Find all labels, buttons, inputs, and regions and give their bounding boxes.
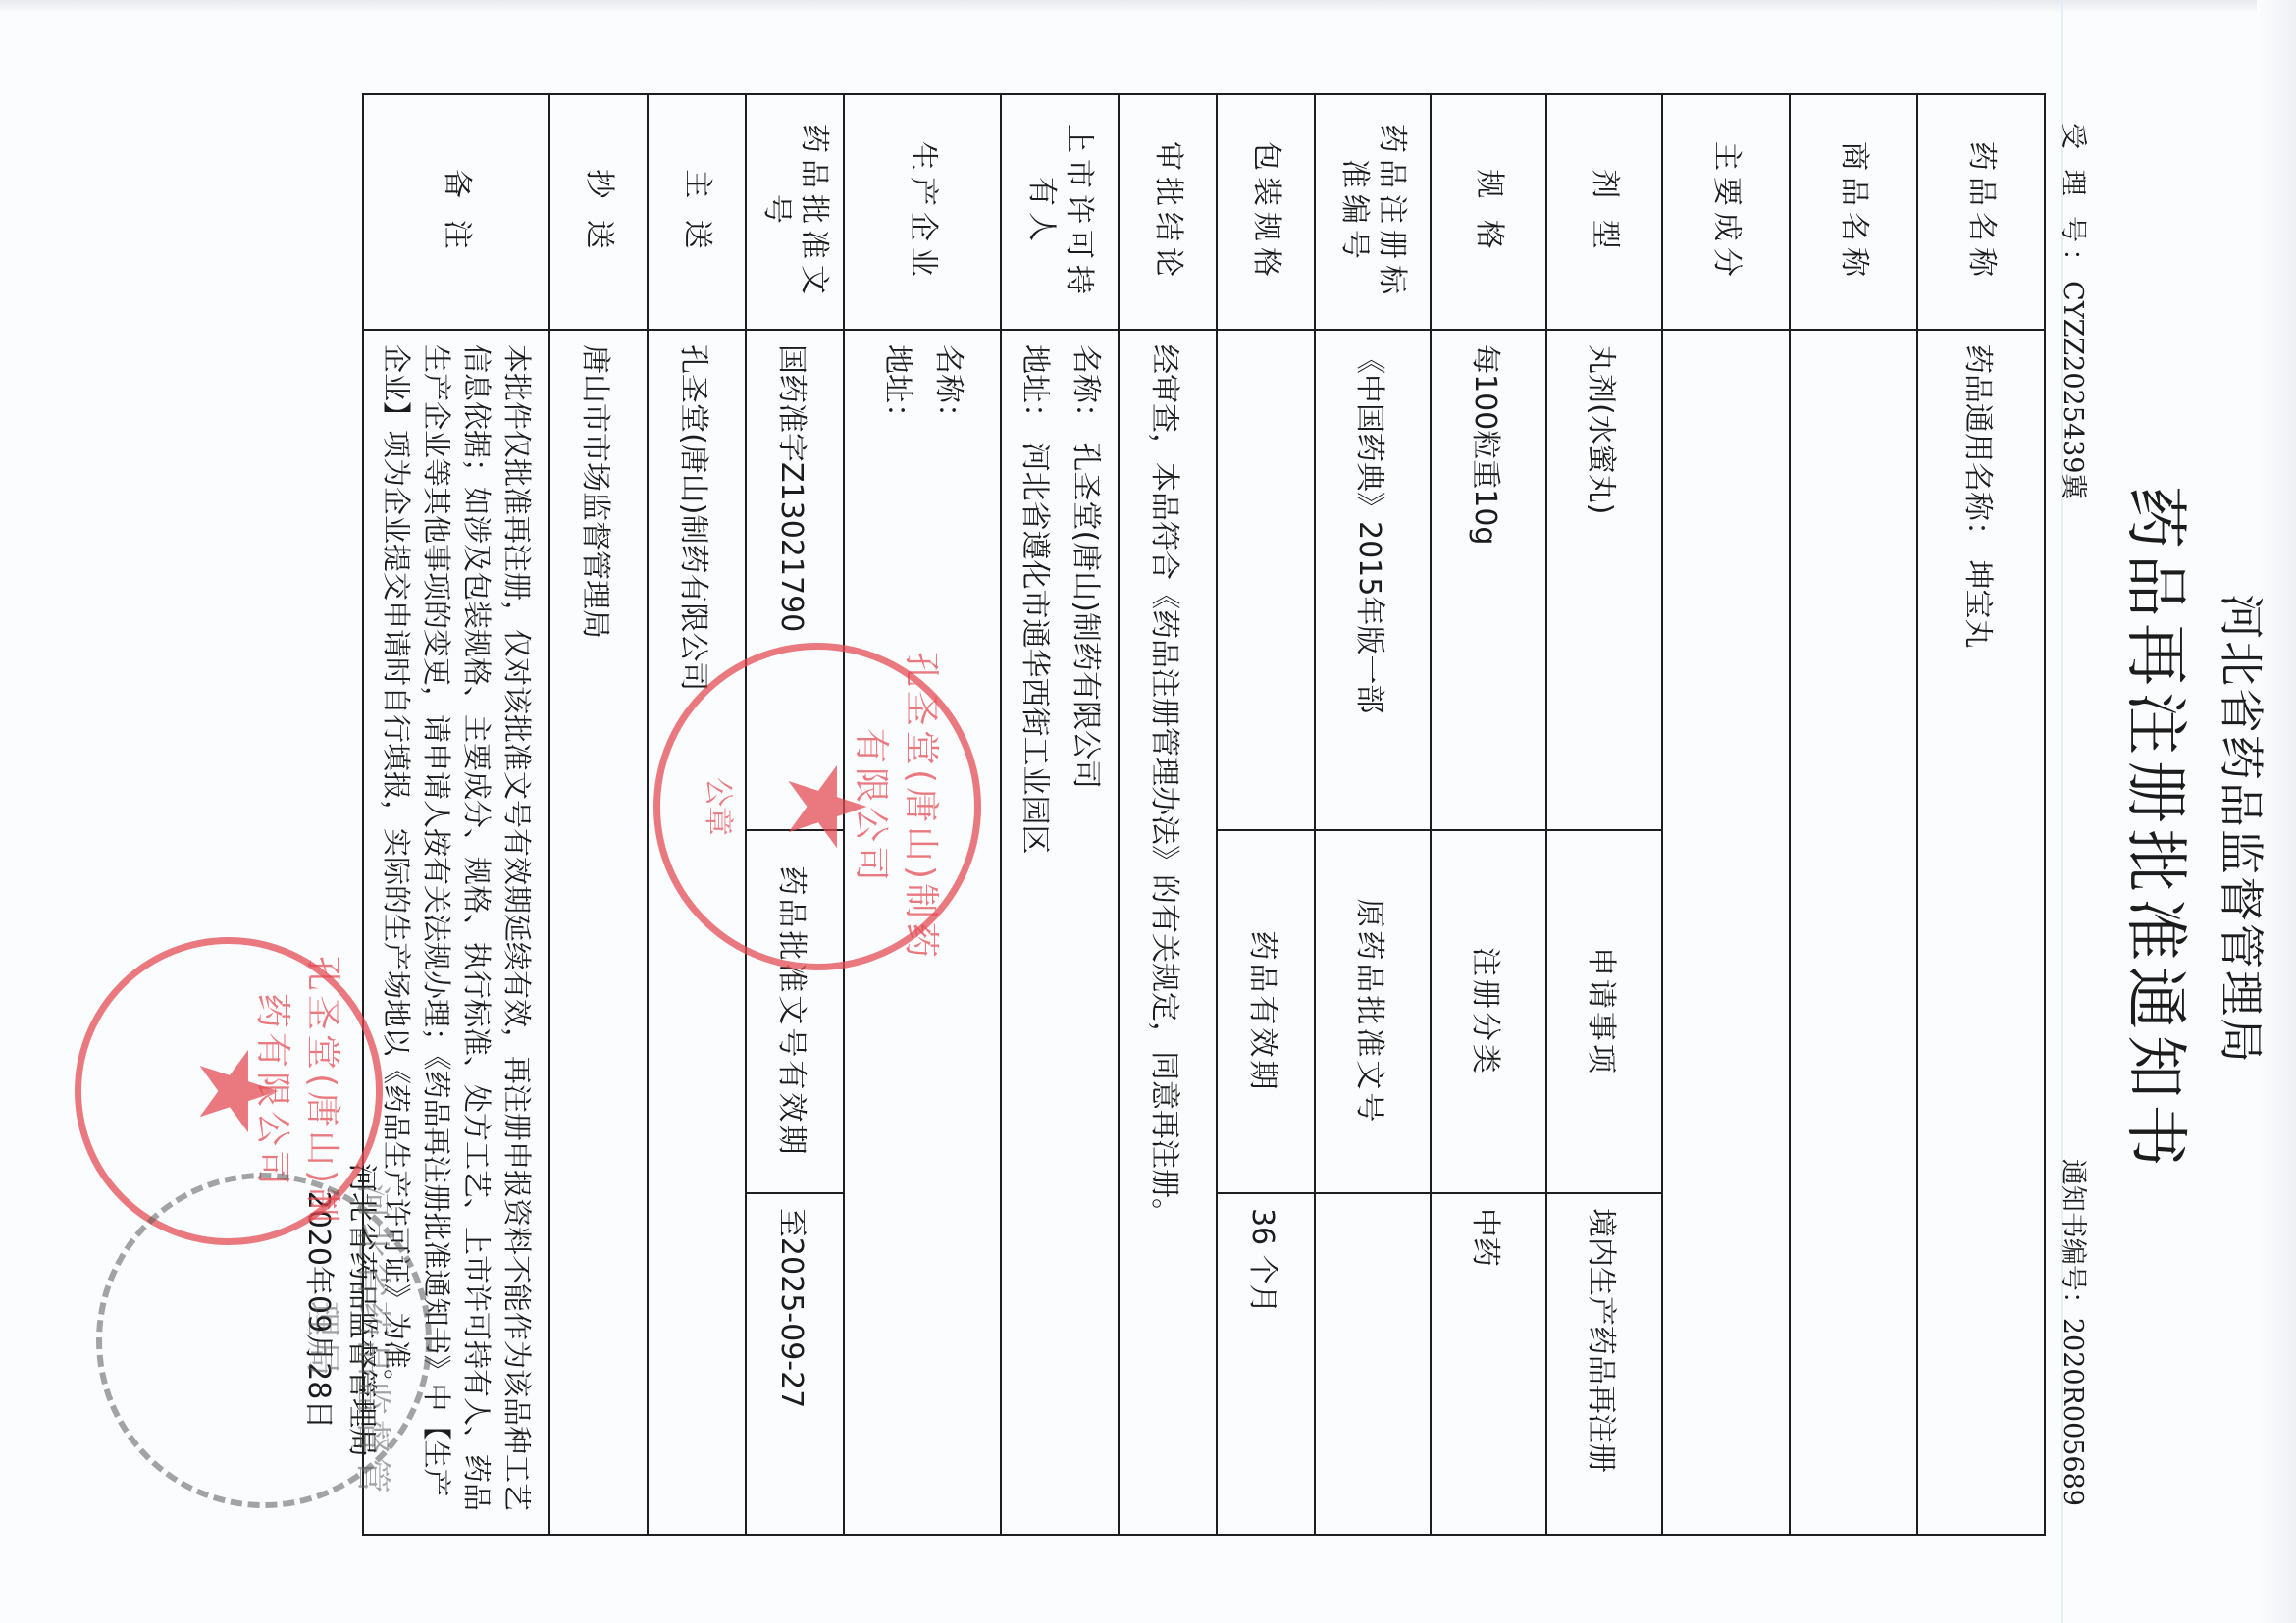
label-remarks: 备 注: [363, 94, 549, 330]
row-dosage-form: 剂 型 丸剂(水蜜丸) 申请事项 境内生产药品再注册: [1546, 94, 1662, 1535]
label-registration-category: 注册分类: [1431, 830, 1546, 1193]
value-approval-validity: 至2025-09-27: [746, 1193, 844, 1535]
label-manufacturer: 生产企业: [844, 94, 1001, 330]
mah-address: 地址： 河北省遵化市通华西街工业园区: [1009, 344, 1060, 1520]
value-mah: 名称： 孔圣堂(唐山)制药有限公司 地址： 河北省遵化市通华西街工业园区: [1001, 330, 1119, 1535]
notice-page: 河北省药品监督管理局 药品再注册批准通知书 受 理 号：CYZZ2025439冀…: [186, 93, 2296, 1565]
row-packaging: 包装规格 药品有效期 36 个月: [1217, 94, 1315, 1535]
row-mah: 上市许可持有人 名称： 孔圣堂(唐山)制药有限公司 地址： 河北省遵化市通华西街…: [1001, 94, 1119, 1535]
label-approval-validity: 药品批准文号有效期: [746, 830, 844, 1193]
label-spec: 规 格: [1431, 94, 1546, 330]
value-main-recipient: 孔圣堂(唐山)制药有限公司: [648, 330, 746, 1535]
scan-edge-top: [0, 0, 2296, 14]
label-application-item: 申请事项: [1546, 830, 1662, 1193]
row-drug-name: 药品名称 药品通用名称： 坤宝丸: [1917, 94, 2045, 1535]
row-remarks: 备 注 本批件仅批准再注册，仅对该批准文号有效期延续有效，再注册申报资料不能作为…: [363, 94, 549, 1535]
row-ingredients: 主要成分: [1662, 94, 1790, 1535]
row-spec: 规 格 每100粒重10g 注册分类 中药: [1431, 94, 1546, 1535]
label-dosage-form: 剂 型: [1546, 94, 1662, 330]
value-trade-name: [1790, 330, 1917, 1535]
label-main-recipient: 主 送: [648, 94, 746, 330]
issue-date: 2020年09月28日: [296, 1163, 339, 1457]
issuer-block: 河北省药品监督管理局 2020年09月28日: [296, 1163, 383, 1457]
value-remarks: 本批件仅批准再注册，仅对该批准文号有效期延续有效，再注册申报资料不能作为该品种工…: [363, 330, 549, 1535]
label-shelf-life: 药品有效期: [1217, 830, 1315, 1193]
label-approval-no: 药品批准文号: [746, 94, 844, 330]
value-drug-name: 药品通用名称： 坤宝丸: [1917, 330, 2045, 1535]
seal-star-icon: ★: [183, 1043, 291, 1140]
label-conclusion: 审批结论: [1119, 94, 1217, 330]
value-conclusion: 经审查，本品符合《药品注册管理办法》的有关规定，同意再注册。: [1119, 330, 1217, 1535]
manufacturer-name: 名称：: [922, 344, 973, 1520]
value-manufacturer: 名称： 地址：: [844, 330, 1001, 1535]
label-cc: 抄 送: [549, 94, 648, 330]
value-cc: 唐山市市场监督管理局: [549, 330, 648, 1535]
value-spec: 每100粒重10g: [1431, 330, 1546, 830]
value-original-approval-no: [1315, 1193, 1431, 1535]
label-drug-name: 药品名称: [1917, 94, 2045, 330]
label-packaging: 包装规格: [1217, 94, 1315, 330]
row-trade-name: 商品名称: [1790, 94, 1917, 1535]
label-standard: 药品注册标准编号: [1315, 94, 1431, 330]
value-standard: 《中国药典》2015年版一部: [1315, 330, 1431, 830]
label-original-approval-no: 原药品批准文号: [1315, 830, 1431, 1193]
issuer-name: 河北省药品监督管理局: [339, 1163, 383, 1457]
row-main-recipient: 主 送 孔圣堂(唐山)制药有限公司: [648, 94, 746, 1535]
value-ingredients: [1662, 330, 1790, 1535]
acceptance-number: 受 理 号：CYZZ2025439冀: [2057, 123, 2095, 499]
value-registration-category: 中药: [1431, 1193, 1546, 1535]
row-standard: 药品注册标准编号 《中国药典》2015年版一部 原药品批准文号: [1315, 94, 1431, 1535]
row-manufacturer: 生产企业 名称： 地址：: [844, 94, 1001, 1535]
document-title: 药品再注册批准通知书: [2115, 93, 2206, 1565]
label-ingredients: 主要成分: [1662, 94, 1790, 330]
manufacturer-address: 地址：: [871, 344, 922, 1520]
value-dosage-form: 丸剂(水蜜丸): [1546, 330, 1662, 830]
agency-name: 河北省药品监督管理局: [2212, 93, 2276, 1565]
notice-label: 通知书编号：: [2058, 1159, 2088, 1318]
registration-form-table: 药品名称 药品通用名称： 坤宝丸 商品名称 主要成分 剂 型 丸剂(水蜜丸) 申…: [362, 93, 2046, 1536]
value-shelf-life: 36 个月: [1217, 1193, 1315, 1535]
row-conclusion: 审批结论 经审查，本品符合《药品注册管理办法》的有关规定，同意再注册。: [1119, 94, 1217, 1535]
notice-value: 2020R005689: [2058, 1318, 2088, 1506]
row-approval-no: 药品批准文号 国药准字Z13021790 药品批准文号有效期 至2025-09-…: [746, 94, 844, 1535]
meta-row: 受 理 号：CYZZ2025439冀 通知书编号：2020R005689: [2057, 123, 2095, 1506]
acceptance-value: CYZZ2025439冀: [2058, 281, 2088, 499]
acceptance-label: 受 理 号：: [2058, 123, 2088, 281]
row-cc: 抄 送 唐山市市场监督管理局: [549, 94, 648, 1535]
value-application-item: 境内生产药品再注册: [1546, 1193, 1662, 1535]
notice-number: 通知书编号：2020R005689: [2057, 1159, 2095, 1506]
value-approval-no: 国药准字Z13021790: [746, 330, 844, 830]
value-packaging: [1217, 330, 1315, 830]
label-mah: 上市许可持有人: [1001, 94, 1119, 330]
label-trade-name: 商品名称: [1790, 94, 1917, 330]
mah-name: 名称： 孔圣堂(唐山)制药有限公司: [1060, 344, 1111, 1520]
